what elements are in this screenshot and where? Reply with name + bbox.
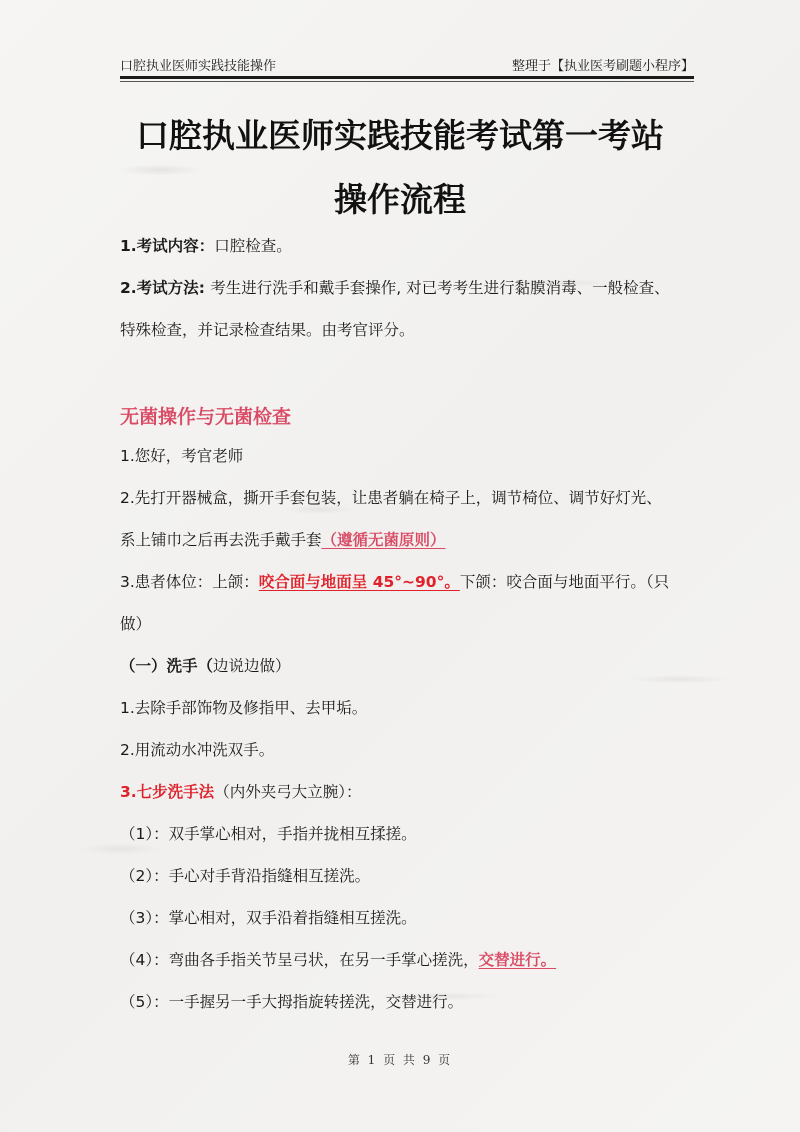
handwash-step-2: 2.用流动水冲洗双手。 <box>120 740 700 760</box>
page-number: 第 1 页 共 9 页 <box>0 1051 800 1068</box>
seven-step-item: （3）：掌心相对，双手沿着指缝相互搓洗。 <box>120 908 700 928</box>
page-header: 口腔执业医师实践技能操作 整理于【执业医考刷题小程序】 <box>120 52 694 74</box>
section-title-aseptic: 无菌操作与无菌检查 <box>120 402 291 429</box>
document-title-line1: 口腔执业医师实践技能考试第一考站 <box>0 110 800 157</box>
intro-item-1-label: 1.考试内容 <box>120 237 199 255</box>
step-text: 弯曲各手指关节呈弓状，在另一手掌心搓洗， <box>169 951 479 969</box>
handwash-step-3: 3.七步洗手法（内外夹弓大立腕）： <box>120 782 700 802</box>
seven-step-mnemonic: （内外夹弓大立腕）： <box>214 783 361 801</box>
section-p1: 1.您好，考官老师 <box>120 446 700 466</box>
document-title-line2: 操作流程 <box>0 174 800 221</box>
step-text: 手心对手背沿指缝相互搓洗。 <box>169 867 371 885</box>
intro-item-2-line1: 2.考试方法: 考生进行洗手和戴手套操作, 对已考考生进行黏膜消毒、一般检查、 <box>120 278 700 298</box>
section-p3-suffix: 下颌：咬合面与地面平行。（只 <box>460 573 669 591</box>
section-p2-line1: 2.先打开器械盒，撕开手套包装，让患者躺在椅子上，调节椅位、调节好灯光、 <box>120 488 700 508</box>
intro-item-1: 1.考试内容：口腔检查。 <box>120 236 700 256</box>
header-rule-thin <box>120 81 694 82</box>
step-text: 双手掌心相对，手指并拢相互揉搓。 <box>169 825 417 843</box>
seven-step-item: （5）：一手握另一手大拇指旋转搓洗，交替进行。 <box>120 992 700 1012</box>
occlusal-angle-highlight: 咬合面与地面呈 45°~90°。 <box>259 573 460 591</box>
intro-item-2-sep: : <box>199 279 211 297</box>
step-text: 一手握另一手大拇指旋转搓洗，交替进行。 <box>169 993 464 1011</box>
handwash-heading: （一）洗手（边说边做） <box>120 656 700 676</box>
header-rule-thick <box>120 76 694 79</box>
intro-item-1-text: 口腔检查。 <box>214 237 292 255</box>
handwash-heading-rest: 边说边做） <box>213 657 291 675</box>
step-num: （3）： <box>120 909 169 927</box>
section-p3-line2: 做） <box>120 614 700 634</box>
step-text: 掌心相对，双手沿着指缝相互搓洗。 <box>169 909 417 927</box>
section-p3-prefix: 3.患者体位：上颌： <box>120 573 259 591</box>
step-num: （1）： <box>120 825 169 843</box>
seven-step-label: 3.七步洗手法 <box>120 783 214 801</box>
header-right-source: 整理于【执业医考刷题小程序】 <box>512 55 694 74</box>
handwash-step-1: 1.去除手部饰物及修指甲、去甲垢。 <box>120 698 700 718</box>
aseptic-principle-highlight: （遵循无菌原则） <box>322 531 446 549</box>
intro-item-2-text-l1: 考生进行洗手和戴手套操作, 对已考考生进行黏膜消毒、一般检查、 <box>210 279 669 297</box>
alternate-highlight: 交替进行。 <box>479 951 557 969</box>
document-page: 口腔执业医师实践技能操作 整理于【执业医考刷题小程序】 口腔执业医师实践技能考试… <box>0 0 800 1132</box>
step-num: （5）： <box>120 993 169 1011</box>
seven-step-item: （1）：双手掌心相对，手指并拢相互揉搓。 <box>120 824 700 844</box>
step-num: （4）： <box>120 951 169 969</box>
header-left-title: 口腔执业医师实践技能操作 <box>120 55 276 74</box>
section-p2-text: 系上铺巾之后再去洗手戴手套 <box>120 531 322 549</box>
handwash-heading-bold: （一）洗手（ <box>120 657 213 675</box>
intro-item-1-sep: ： <box>199 237 215 255</box>
intro-item-2-label: 2.考试方法 <box>120 279 199 297</box>
intro-item-2-line2: 特殊检查，并记录检查结果。由考官评分。 <box>120 320 700 340</box>
section-p2-line2: 系上铺巾之后再去洗手戴手套（遵循无菌原则） <box>120 530 700 550</box>
step-num: （2）： <box>120 867 169 885</box>
section-p3-line1: 3.患者体位：上颌：咬合面与地面呈 45°~90°。下颌：咬合面与地面平行。（只 <box>120 572 700 592</box>
seven-step-item: （2）：手心对手背沿指缝相互搓洗。 <box>120 866 700 886</box>
seven-step-item: （4）：弯曲各手指关节呈弓状，在另一手掌心搓洗，交替进行。 <box>120 950 700 970</box>
